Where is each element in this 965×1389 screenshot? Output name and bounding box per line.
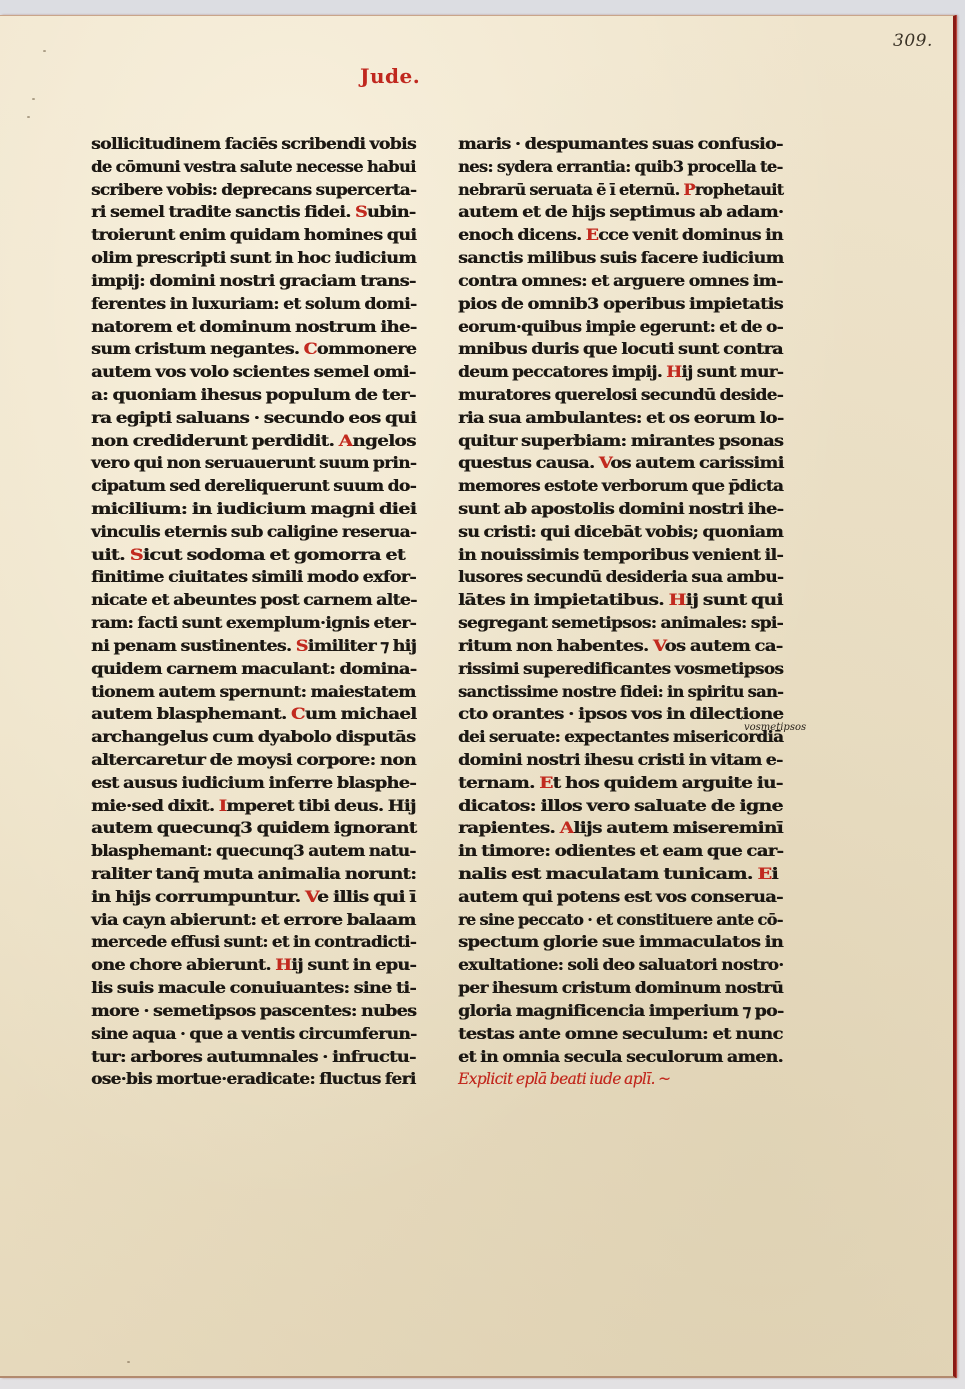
text-line: ternam. Et hos quidem arguite iu- [458,772,849,795]
text-line: more · semetipsos pascentes: nubes [91,1000,462,1023]
explicit-colophon: Explicit eplā beati iude aplī. ~ [458,1068,783,1091]
line-text: ose·bis mortue·eradicate: fluctus feri [91,1070,416,1088]
line-text: sanctissime nostre fidei: in spiritu san… [458,683,783,701]
text-line: ri semel tradite sanctis fidei. Subin- [91,201,463,224]
line-text-cont: ij sunt in epu- [291,956,416,974]
line-text-cont: os autem carissimi [610,454,783,472]
rubricated-initial: V [599,454,610,472]
text-line: quidem carnem maculant: domina- [91,658,467,681]
line-text-cont: ubin- [367,203,415,221]
text-line: sanctissime nostre fidei: in spiritu san… [458,681,800,704]
line-text: rapientes. [458,819,560,837]
rubricated-initial: A [339,432,353,450]
text-line: scribere vobis: deprecans supercerta- [91,179,444,202]
line-text-cont: lijs autem misereminī [573,819,783,837]
text-line: raliter tanq̄ muta animalia norunt: [91,863,475,886]
text-line: eorum·quibus impie egerunt: et de o- [458,316,815,339]
line-text: troierunt enim quidam homines qui [91,226,416,244]
rubricated-initial: E [539,774,552,792]
rubricated-initial: P [683,181,694,199]
line-text: in timore: odientes et eam que car- [458,842,783,860]
line-text: uit. [91,546,130,564]
line-text: in nouissimis temporibus venient il- [458,546,783,564]
text-line: ose·bis mortue·eradicate: fluctus feri [91,1068,449,1091]
rubricated-initial: A [560,819,574,837]
line-text: sum cristum negantes. [91,340,304,358]
rubricated-initial: V [653,637,665,655]
line-text: gloria magnificencia imperium ⁊ po- [458,1002,783,1020]
line-text: nebrarū seruata ē ī eternū. [458,181,683,199]
marginal-correction-note: ˈ vosmetipsos [744,722,806,733]
line-text-cont: mperet tibi deus. Hij [226,797,415,815]
line-text: testas ante omne seculum: et nunc [458,1025,783,1043]
text-line: ria sua ambulantes: et os eorum lo- [458,407,837,430]
text-line: lusores secundū desideria sua ambu- [458,566,816,589]
text-line: est ausus iudicium inferre blasphe- [91,772,467,795]
text-line: testas ante omne seculum: et nunc [458,1023,839,1046]
text-line: tionem autem spernunt: maiestatem [91,681,451,704]
line-text: non crediderunt perdidit. [91,432,339,450]
line-text: ni penam sustinentes. [91,637,296,655]
text-column-left: sollicitudinem faciēs scribendi vobisde … [91,133,416,1091]
text-line: maris · despumantes suas confusio- [458,133,830,156]
text-line: per ihesum cristum dominum nostrū [458,977,817,1000]
line-text: quidem carnem maculant: domina- [91,660,416,678]
text-line: spectum glorie sue immaculatos in [458,931,837,954]
text-line: altercaretur de moysi corpore: non [91,749,472,772]
line-text: eorum·quibus impie egerunt: et de o- [458,318,783,336]
line-text-cont: os autem ca- [664,637,782,655]
text-line: de cōmuni vestra salute necesse habui [91,156,436,179]
text-line: lātes in impietatibus. Hij sunt qui [458,589,855,612]
line-text: sunt ab apostolis domini nostri ihe- [458,500,783,518]
text-line: lis suis macule conuiuantes: sine ti- [91,977,464,1000]
line-text-cont: ij sunt qui [686,591,783,609]
line-text: re sine peccato · et constituere ante cō… [458,911,783,929]
line-text: est ausus iudicium inferre blasphe- [91,774,416,792]
line-text: natorem et dominum nostrum ihe- [91,318,416,336]
line-text-cont: imiliter ⁊ hij [308,637,417,655]
text-line: sollicitudinem faciēs scribendi vobis [91,133,455,156]
line-text: spectum glorie sue immaculatos in [458,933,783,951]
text-line: blasphemant: quecunq3 autem natu- [91,840,448,863]
line-text: raliter tanq̄ muta animalia norunt: [91,865,416,883]
text-line: in hijs corrumpuntur. Ve illis qui ī [91,886,488,909]
line-text: archangelus cum dyabolo disputās [91,728,415,746]
line-text: per ihesum cristum dominum nostrū [458,979,783,997]
text-line: ferentes in luxuriam: et solum domi- [91,293,455,316]
text-line: mie·sed dixit. Imperet tibi deus. Hij [91,795,467,818]
line-text: autem vos volo scientes semel omi- [91,363,415,381]
line-text: quitur superbiam: mirantes psonas [458,432,783,450]
line-text: nalis est maculatam tunicam. [458,865,757,883]
line-text-cont: rophetauit [695,181,784,199]
text-line: natorem et dominum nostrum ihe- [91,316,474,339]
text-column-right: maris · despumantes suas confusio-nes: s… [458,133,783,1091]
line-text: rissimi superedificantes vosmetipsos [458,660,783,678]
text-line: autem qui potens est vos conserua- [458,886,835,909]
line-text: one chore abierunt. [91,956,275,974]
text-line: ritum non habentes. Vos autem ca- [458,635,839,658]
text-line: autem blasphemant. Cum michael [91,703,476,726]
line-text: segregant semetipsos: animales: spi- [458,614,783,632]
text-line: questus causa. Vos autem carissimi [458,452,834,475]
line-text-cont: cce venit dominus in [598,226,783,244]
rubricated-initial: E [757,865,771,883]
line-text: ri semel tradite sanctis fidei. [91,203,355,221]
line-text: dei seruate: expectantes misericordiā [458,728,783,746]
line-text: domini nostri ihesu cristi in vitam e- [458,751,783,769]
insertion-mark-icon: ˈ [740,718,743,728]
text-line: nes: sydera errantia: quib3 procella te- [458,156,801,179]
text-line: uit. Sicut sodoma et gomorra et [91,544,497,567]
text-line: exultatione: soli deo saluatori nostro· [458,954,815,977]
line-text: ferentes in luxuriam: et solum domi- [91,295,416,313]
line-text: lis suis macule conuiuantes: sine ti- [91,979,416,997]
text-line: in nouissimis temporibus venient il- [458,544,827,567]
text-line: et in omnia secula seculorum amen. [458,1046,826,1069]
marginal-note-text: vosmetipsos [744,722,806,733]
line-text: scribere vobis: deprecans supercerta- [91,181,416,199]
text-line: memores estote verborum que p̄dicta [458,475,813,498]
text-line: quitur superbiam: mirantes psonas [458,430,834,453]
line-text-cont: icut sodoma et gomorra et [143,546,405,564]
text-line: vero qui non seruauerunt suum prin- [91,452,450,475]
text-line: domini nostri ihesu cristi in vitam e- [458,749,825,772]
line-text: via cayn abierunt: et errore balaam [91,911,416,929]
line-text: cto orantes · ipsos vos in dilectione [458,705,783,723]
text-line: ram: facti sunt exemplum·ignis eter- [91,612,454,635]
text-line: ra egipti saluans · secundo eos qui [91,407,479,430]
text-line: dicatos: illos vero saluate de igne [458,795,860,818]
rubricated-initial: C [291,705,305,723]
line-text: autem blasphemant. [91,705,291,723]
line-text-cont: ij sunt mur- [681,363,783,381]
rubricated-initial: E [586,226,599,244]
line-text: muratores querelosi secundū deside- [458,386,783,404]
text-line: micilium: in iudicium magni diei [91,498,497,521]
text-line: cipatum sed dereliquerunt suum do- [91,475,454,498]
line-text: lusores secundū desideria sua ambu- [458,568,783,586]
text-line: su cristi: qui dicebāt vobis; quoniam [458,521,826,544]
line-text-cont: i [771,865,778,883]
text-line: tur: arbores autumnales · infructu- [91,1046,471,1069]
line-text-cont: ngelos [352,432,415,450]
text-line: gloria magnificencia imperium ⁊ po- [458,1000,825,1023]
line-text: sanctis milibus suis facere iudicium [458,249,783,267]
line-text: contra omnes: et arguere omnes im- [458,272,783,290]
line-text: impij: domini nostri graciam trans- [91,272,416,290]
text-line: impij: domini nostri graciam trans- [91,270,468,293]
text-line: deum peccatores impij. Hij sunt mur- [458,361,814,384]
line-text-cont: um michael [305,705,417,723]
line-text: tionem autem spernunt: maiestatem [91,683,416,701]
line-text: ria sua ambulantes: et os eorum lo- [458,409,783,427]
line-text: autem qui potens est vos conserua- [458,888,783,906]
text-line: vinculis eternis sub caligine reserua- [91,521,451,544]
text-line: sum cristum negantes. Commonere [91,338,462,361]
line-text: su cristi: qui dicebāt vobis; quoniam [458,523,783,541]
text-line: autem vos volo scientes semel omi- [91,361,470,384]
line-text: memores estote verborum que p̄dicta [458,477,783,495]
text-line: ni penam sustinentes. Similiter ⁊ hij [91,635,462,658]
text-line: non crediderunt perdidit. Angelos [91,430,481,453]
line-text: ra egipti saluans · secundo eos qui [91,409,416,427]
text-line: muratores querelosi secundū deside- [458,384,815,407]
text-line: autem quecunq3 quidem ignorant [91,817,478,840]
line-text: finitime ciuitates simili modo exfor- [91,568,416,586]
line-text: enoch dicens. [458,226,586,244]
text-line: finitime ciuitates simili modo exfor- [91,566,462,589]
line-text: micilium: in iudicium magni diei [91,500,416,518]
text-line: sunt ab apostolis domini nostri ihe- [458,498,834,521]
text-line: nalis est maculatam tunicam. Ei [458,863,864,886]
text-line: autem et de hijs septimus ab adam· [458,201,835,224]
text-line: pios de omnib3 operibus impietatis [458,293,834,316]
text-line: sanctis milibus suis facere iudicium [458,247,829,270]
text-line: rapientes. Alijs autem misereminī [458,817,849,840]
line-text: more · semetipsos pascentes: nubes [91,1002,416,1020]
rubricated-initial: S [296,637,308,655]
line-text: vero qui non seruauerunt suum prin- [91,454,416,472]
line-text-cont: ommonere [317,340,416,358]
line-text: vinculis eternis sub caligine reserua- [91,523,416,541]
rubricated-initial: V [305,888,317,906]
line-text: mercede effusi sunt: et in contradicti- [91,933,416,951]
text-line: one chore abierunt. Hij sunt in epu- [91,954,464,977]
line-text: nicate et abeuntes post carnem alte- [91,591,417,609]
rubricated-initial: C [304,340,317,358]
line-text: pios de omnib3 operibus impietatis [458,295,783,313]
text-line: mnibus duris que locuti sunt contra [458,338,829,361]
line-text: dicatos: illos vero saluate de igne [458,797,783,815]
rubricated-initial: H [275,956,291,974]
rubricated-initial: S [130,546,143,564]
text-line: sine aqua · que a ventis circumferun- [91,1023,451,1046]
text-line: nicate et abeuntes post carnem alte- [91,589,457,612]
line-text: ritum non habentes. [458,637,653,655]
text-line: re sine peccato · et constituere ante cō… [458,909,798,932]
text-line: segregant semetipsos: animales: spi- [458,612,817,635]
folio-number: 309. [893,31,933,51]
line-text: tur: arbores autumnales · infructu- [91,1048,416,1066]
line-text: in hijs corrumpuntur. [91,888,305,906]
text-line: nebrarū seruata ē ī eternū. Prophetauit [458,179,795,202]
text-line: in timore: odientes et eam que car- [458,840,839,863]
line-text: sine aqua · que a ventis circumferun- [91,1025,416,1043]
line-text: autem et de hijs septimus ab adam· [458,203,783,221]
text-line: enoch dicens. Ecce venit dominus in [458,224,825,247]
text-line: a: quoniam ihesus populum de ter- [91,384,472,407]
line-text: mnibus duris que locuti sunt contra [458,340,783,358]
line-text: maris · despumantes suas confusio- [458,135,783,153]
line-text: sollicitudinem faciēs scribendi vobis [91,135,416,153]
text-line: mercede effusi sunt: et in contradicti- [91,931,443,954]
rubricated-initial: S [355,203,367,221]
line-text: cipatum sed dereliquerunt suum do- [91,477,416,495]
text-line: contra omnes: et arguere omnes im- [458,270,824,293]
rubricated-initial: H [668,591,685,609]
line-text: exultatione: soli deo saluatori nostro· [458,956,783,974]
line-text: a: quoniam ihesus populum de ter- [91,386,416,404]
text-line: rissimi superedificantes vosmetipsos [458,658,816,681]
line-text: lātes in impietatibus. [458,591,668,609]
line-text: autem quecunq3 quidem ignorant [91,819,416,837]
text-line: via cayn abierunt: et errore balaam [91,909,470,932]
line-text: nes: sydera errantia: quib3 procella te- [458,158,783,176]
line-text: deum peccatores impij. [458,363,666,381]
line-text: de cōmuni vestra salute necesse habui [91,158,416,176]
text-line: archangelus cum dyabolo disputās [91,726,472,749]
line-text: altercaretur de moysi corpore: non [91,751,416,769]
text-line: troierunt enim quidam homines qui [91,224,462,247]
text-line: olim prescripti sunt in hoc iudicium [91,247,462,270]
line-text-cont: t hos quidem arguite iu- [553,774,783,792]
running-head: Jude. [360,64,420,88]
line-text: ternam. [458,774,539,792]
line-text: mie·sed dixit. [91,797,219,815]
rubricated-initial: I [219,797,227,815]
line-text-cont: e illis qui ī [317,888,416,906]
rubricated-initial: H [666,363,681,381]
line-text: blasphemant: quecunq3 autem natu- [91,842,416,860]
line-text: questus causa. [458,454,599,472]
line-text: et in omnia secula seculorum amen. [458,1048,783,1066]
line-text: ram: facti sunt exemplum·ignis eter- [91,614,416,632]
line-text: olim prescripti sunt in hoc iudicium [91,249,416,267]
